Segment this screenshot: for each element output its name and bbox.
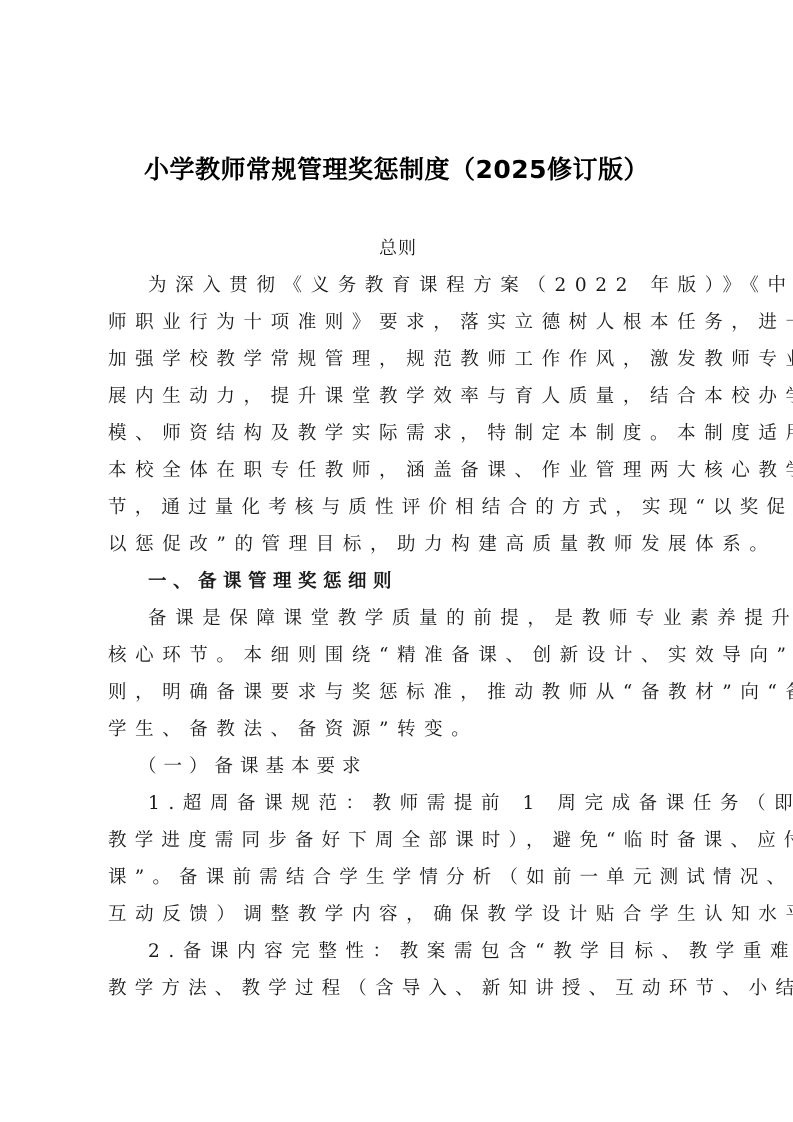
paragraph-line: 以惩促改”的管理目标，助力构建高质量教师发展体系。 (108, 526, 688, 563)
paragraph-line: 核心环节。本细则围绕“精准备课、创新设计、实效导向”原 (108, 637, 688, 674)
paragraph-line: 加强学校教学常规管理，规范教师工作作风，激发教师专业发 (108, 341, 688, 378)
paragraph-line: 师职业行为十项准则》要求，落实立德树人根本任务，进一步 (108, 304, 688, 341)
paragraph-line: 则，明确备课要求与奖惩标准，推动教师从“备教材”向“备 (108, 674, 688, 711)
paragraph-lesson-prep-intro: 备课是保障课堂教学质量的前提，是教师专业素养提升的 核心环节。本细则围绕“精准备… (108, 600, 688, 748)
paragraph-line: 展内生动力，提升课堂教学效率与育人质量，结合本校办学规 (108, 378, 688, 415)
section-heading-general: 总则 (108, 230, 688, 267)
paragraph-line: 教学进度需同步备好下周全部课时），避免“临时备课、应付备 (108, 822, 688, 859)
document-page: 小学教师常规管理奖惩制度（2025修订版） 总则 为深入贯彻《义务教育课程方案（… (0, 0, 793, 1122)
paragraph-item-1: 1.超周备课规范：教师需提前 1 周完成备课任务（即当前 教学进度需同步备好下周… (108, 785, 688, 933)
paragraph-line: 备课是保障课堂教学质量的前提，是教师专业素养提升的 (108, 600, 688, 637)
paragraph-line: 为深入贯彻《义务教育课程方案（2022 年版）》《中小学教 (108, 267, 688, 304)
paragraph-item-2: 2.备课内容完整性：教案需包含“教学目标、教学重难点、 教学方法、教学过程（含导… (108, 933, 688, 1007)
paragraph-line: 互动反馈）调整教学内容，确保教学设计贴合学生认知水平。 (108, 896, 688, 933)
paragraph-line: 本校全体在职专任教师，涵盖备课、作业管理两大核心教学环 (108, 452, 688, 489)
paragraph-line: 教学方法、教学过程（含导入、新知讲授、互动环节、小结）、 (108, 970, 688, 1007)
document-body: 总则 为深入贯彻《义务教育课程方案（2022 年版）》《中小学教 师职业行为十项… (108, 230, 688, 1007)
paragraph-line: 学生、备教法、备资源”转变。 (108, 711, 688, 748)
document-title: 小学教师常规管理奖惩制度（2025修订版） (0, 152, 793, 188)
paragraph-line: 模、师资结构及教学实际需求，特制定本制度。本制度适用于 (108, 415, 688, 452)
section-heading-lesson-prep: 一、备课管理奖惩细则 (108, 563, 688, 600)
subsection-heading-basic-requirements: （一）备课基本要求 (108, 748, 688, 785)
paragraph-line: 课”。备课前需结合学生学情分析（如前一单元测试情况、课堂 (108, 859, 688, 896)
paragraph-line: 2.备课内容完整性：教案需包含“教学目标、教学重难点、 (108, 933, 688, 970)
paragraph-line: 节，通过量化考核与质性评价相结合的方式，实现“以奖促优、 (108, 489, 688, 526)
paragraph-general: 为深入贯彻《义务教育课程方案（2022 年版）》《中小学教 师职业行为十项准则》… (108, 267, 688, 563)
paragraph-line: 1.超周备课规范：教师需提前 1 周完成备课任务（即当前 (108, 785, 688, 822)
